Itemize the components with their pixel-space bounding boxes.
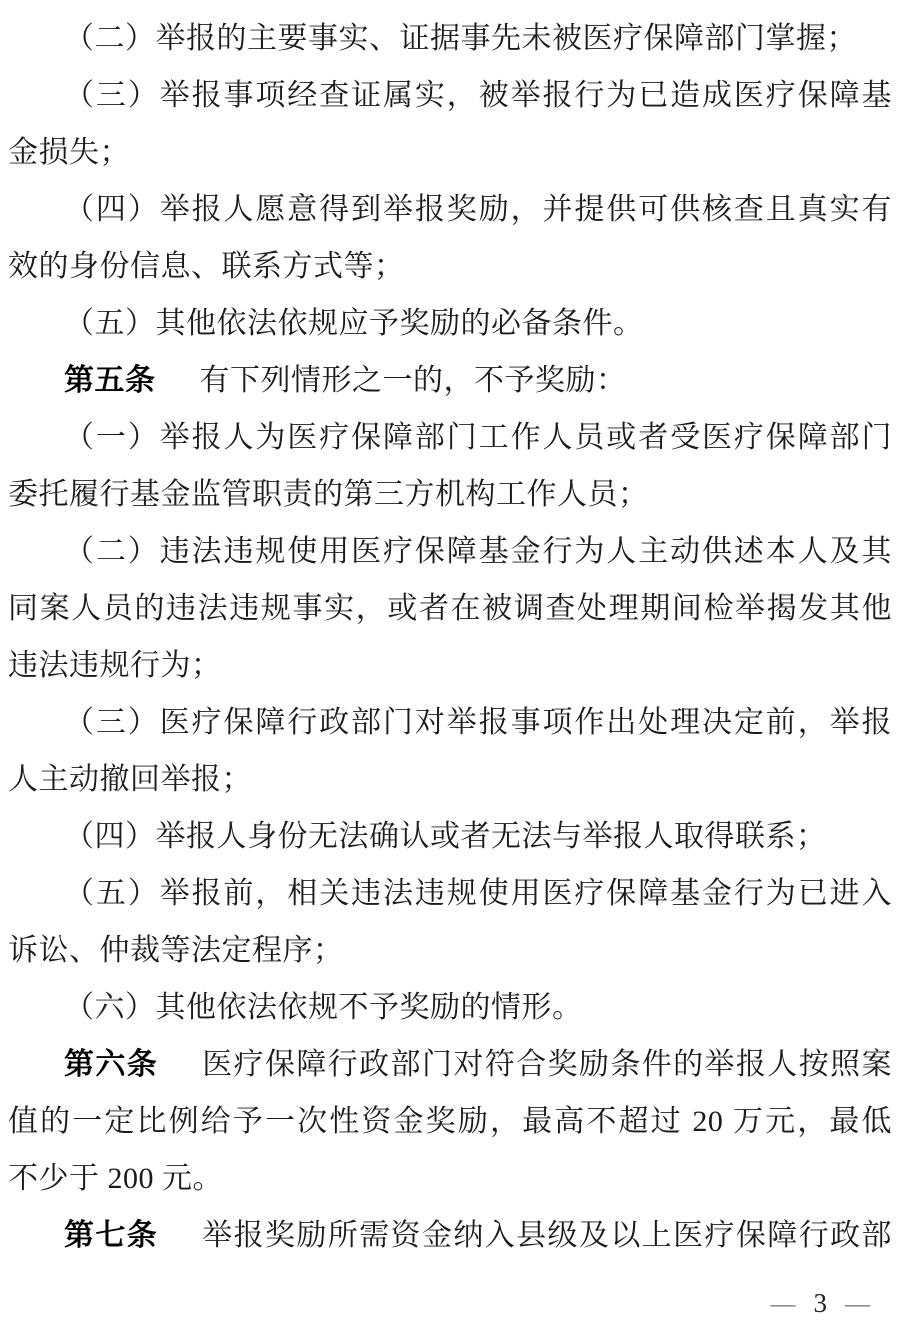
text-line: 同案人员的违法违规事实，或者在被调查处理期间检举揭发其他: [8, 580, 892, 637]
page-number-value: 3: [814, 1288, 828, 1318]
text-line: （三）医疗保障行政部门对举报事项作出处理决定前，举报: [8, 694, 892, 751]
text-line: （六）其他依法依规不予奖励的情形。: [8, 979, 892, 1036]
line-text: 效的身份信息、联系方式等；: [8, 250, 405, 283]
text-line: （二）举报的主要事实、证据事先未被医疗保障部门掌握；: [8, 10, 892, 67]
line-text: （二）违法违规使用医疗保障基金行为人主动供述本人及其: [64, 535, 892, 568]
article-heading: 第五条: [64, 364, 156, 397]
text-line: 委托履行基金监管职责的第三方机构工作人员；: [8, 466, 892, 523]
page-number-right-dash: —: [845, 1291, 870, 1318]
text-line: （五）举报前，相关违法违规使用医疗保障基金行为已进入: [8, 865, 892, 922]
line-text: （五）举报前，相关违法违规使用医疗保障基金行为已进入: [64, 877, 892, 910]
text-line: （一）举报人为医疗保障部门工作人员或者受医疗保障部门: [8, 409, 892, 466]
text-line: 不少于 200 元。: [8, 1150, 892, 1207]
text-line: 第六条医疗保障行政部门对符合奖励条件的举报人按照案: [8, 1036, 892, 1093]
article-heading: 第六条: [64, 1048, 158, 1081]
line-text: （六）其他依法依规不予奖励的情形。: [64, 991, 583, 1024]
line-text: 医疗保障行政部门对符合奖励条件的举报人按照案: [202, 1048, 892, 1081]
article-heading: 第七条: [64, 1219, 158, 1252]
line-text: 人主动撤回举报；: [8, 763, 252, 796]
text-line: 效的身份信息、联系方式等；: [8, 238, 892, 295]
text-line: （二）违法违规使用医疗保障基金行为人主动供述本人及其: [8, 523, 892, 580]
line-text: （五）其他依法依规应予奖励的必备条件。: [64, 307, 644, 340]
document-body: （二）举报的主要事实、证据事先未被医疗保障部门掌握；（三）举报事项经查证属实，被…: [8, 10, 892, 1264]
document-page: （二）举报的主要事实、证据事先未被医疗保障部门掌握；（三）举报事项经查证属实，被…: [0, 0, 900, 1331]
text-line: 诉讼、仲裁等法定程序；: [8, 922, 892, 979]
line-text: 委托履行基金监管职责的第三方机构工作人员；: [8, 478, 649, 511]
line-text: 值的一定比例给予一次性资金奖励，最高不超过 20 万元，最低: [8, 1105, 892, 1138]
text-line: 违法违规行为；: [8, 637, 892, 694]
text-line: （四）举报人身份无法确认或者无法与举报人取得联系；: [8, 808, 892, 865]
line-text: 有下列情形之一的，不予奖励：: [200, 364, 627, 397]
text-line: 第七条举报奖励所需资金纳入县级及以上医疗保障行政部: [8, 1207, 892, 1264]
line-text: （二）举报的主要事实、证据事先未被医疗保障部门掌握；: [64, 22, 857, 55]
text-line: （三）举报事项经查证属实，被举报行为已造成医疗保障基: [8, 67, 892, 124]
text-line: 第五条有下列情形之一的，不予奖励：: [8, 352, 892, 409]
line-text: （三）医疗保障行政部门对举报事项作出处理决定前，举报: [64, 706, 892, 739]
page-number: —3—: [771, 1283, 871, 1323]
line-text: 违法违规行为；: [8, 649, 222, 682]
line-text: （四）举报人愿意得到举报奖励，并提供可供核查且真实有: [64, 193, 892, 226]
text-line: （四）举报人愿意得到举报奖励，并提供可供核查且真实有: [8, 181, 892, 238]
line-text: （三）举报事项经查证属实，被举报行为已造成医疗保障基: [64, 79, 892, 112]
text-line: 人主动撤回举报；: [8, 751, 892, 808]
text-line: 金损失；: [8, 124, 892, 181]
page-number-left-dash: —: [771, 1291, 796, 1318]
line-text: （四）举报人身份无法确认或者无法与举报人取得联系；: [64, 820, 827, 853]
line-text: 不少于 200 元。: [8, 1162, 223, 1195]
line-text: 同案人员的违法违规事实，或者在被调查处理期间检举揭发其他: [8, 592, 892, 625]
line-text: 举报奖励所需资金纳入县级及以上医疗保障行政部: [202, 1219, 892, 1252]
line-text: 诉讼、仲裁等法定程序；: [8, 934, 344, 967]
text-line: 值的一定比例给予一次性资金奖励，最高不超过 20 万元，最低: [8, 1093, 892, 1150]
text-line: （五）其他依法依规应予奖励的必备条件。: [8, 295, 892, 352]
line-text: （一）举报人为医疗保障部门工作人员或者受医疗保障部门: [64, 421, 892, 454]
line-text: 金损失；: [8, 136, 130, 169]
